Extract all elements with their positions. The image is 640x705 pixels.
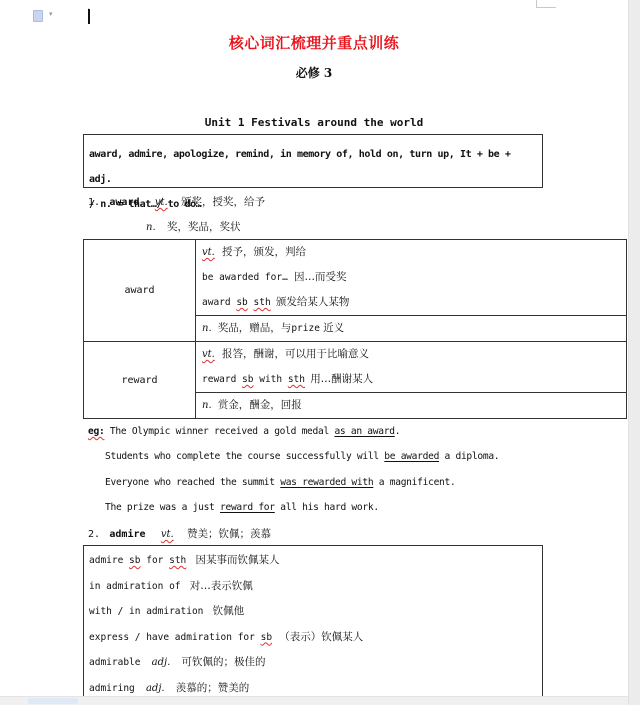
margin-corner-top-right <box>536 0 556 8</box>
table-cell: n. 奖品，赠品，与prize 近义 <box>196 316 627 342</box>
table-head-award: award <box>84 240 196 342</box>
phrase: reward <box>202 374 242 385</box>
meaning: 颁发给某人某物 <box>276 296 350 308</box>
text-cursor <box>88 9 90 24</box>
example-sentence: Everyone who reached the summit was rewa… <box>105 477 455 488</box>
phrase: in admiration of <box>89 581 181 592</box>
table-line: n. 赏金，酬金，回报 <box>202 393 620 418</box>
phrase: sb <box>236 297 247 308</box>
phrase-line: admirable adj. 可钦佩的；极佳的 <box>89 650 537 676</box>
phrase: with <box>254 374 288 385</box>
example-label: eg: <box>88 426 104 437</box>
part-of-speech: vt. <box>202 247 215 258</box>
phrase: sb <box>242 374 253 385</box>
table-line: n. 奖品，赠品，与prize 近义 <box>202 316 620 341</box>
sentence-highlight: was rewarded with <box>280 477 373 488</box>
meaning: 可钦佩的；极佳的 <box>182 656 266 668</box>
phrase: with / in admiration <box>89 606 203 617</box>
phrase-line: with / in admiration 钦佩他 <box>89 599 537 625</box>
phrase: be awarded for… <box>202 272 288 283</box>
table-line: vt. 授予，颁发，判给 <box>202 240 620 265</box>
entry-admire-heading: 2. admire vt. 赞美；钦佩；羡慕 <box>88 526 271 541</box>
phrase-line: in admiration of 对…表示钦佩 <box>89 574 537 600</box>
meaning: 授予，颁发，判给 <box>222 246 306 258</box>
phrase: admire <box>89 555 129 566</box>
example-sentence: Students who complete the course success… <box>105 451 499 462</box>
vertical-scrollbar[interactable] <box>628 0 640 705</box>
table-line: reward sb with sth 用…酬谢某人 <box>202 367 620 392</box>
table-line: vt. 报答，酬谢，可以用于比喻意义 <box>202 342 620 367</box>
phrase: sth <box>254 297 271 308</box>
part-of-speech: vt. <box>161 529 174 540</box>
award-reward-table: award vt. 授予，颁发，判给 be awarded for… 因…而受奖… <box>83 239 627 419</box>
part-of-speech: n. <box>202 400 212 411</box>
example-sentence: The prize was a just reward for all his … <box>105 502 379 513</box>
phrase: award <box>202 297 236 308</box>
sentence-text: . <box>395 426 400 437</box>
phrase: sb <box>261 632 272 643</box>
meaning: 用…酬谢某人 <box>310 373 373 385</box>
phrase: admirable <box>89 657 140 668</box>
part-of-speech: vt. <box>155 197 168 208</box>
phrase: for <box>141 555 170 566</box>
sentence-text: The Olympic winner received a gold medal <box>110 426 335 437</box>
phrase-line: express / have admiration for sb （表示）钦佩某… <box>89 625 537 651</box>
entry-award-noun: n. 奖，奖品，奖状 <box>146 219 240 234</box>
table-cell: n. 赏金，酬金，回报 <box>196 393 627 419</box>
entry-number: 2. <box>88 529 100 540</box>
table-line: award sb sth 颁发给某人某物 <box>202 290 620 315</box>
entry-meaning: 奖，奖品，奖状 <box>167 221 241 233</box>
sentence-text: Everyone who reached the summit <box>105 477 280 488</box>
sentence-highlight: as an award <box>334 426 394 437</box>
table-cell: vt. 报答，酬谢，可以用于比喻意义 reward sb with sth 用…… <box>196 342 627 393</box>
admire-phrases-box: admire sb for sth 因某事而钦佩某人 in admiration… <box>83 545 543 705</box>
phrase: express / have admiration for <box>89 632 261 643</box>
table-line: be awarded for… 因…而受奖 <box>202 265 620 290</box>
entry-word: admire <box>109 529 145 540</box>
meaning: 因…而受奖 <box>294 271 347 283</box>
unit-title: Unit 1 Festivals around the world <box>0 116 628 129</box>
phrase-line: admire sb for sth 因某事而钦佩某人 <box>89 548 537 574</box>
horizontal-scrollbar[interactable] <box>0 696 628 705</box>
meaning: 奖品，赠品，与 <box>218 322 292 334</box>
chevron-down-icon[interactable]: ▾ <box>49 10 53 18</box>
sentence-text: a magnificent. <box>373 477 455 488</box>
sentence-text: all his hard work. <box>275 502 379 513</box>
entry-award-heading: 1. award vt. 颁奖，授奖，给予 <box>88 194 265 209</box>
table-head-reward: reward <box>84 342 196 419</box>
sentence-text: The prize was a just <box>105 502 220 513</box>
part-of-speech: vt. <box>202 349 215 360</box>
table-cell: vt. 授予，颁发，判给 be awarded for… 因…而受奖 award… <box>196 240 627 316</box>
margin-corner-top-left <box>57 8 89 22</box>
phrase: prize <box>291 323 320 334</box>
keywords-box: award, admire, apologize, remind, in mem… <box>83 134 543 188</box>
keywords-line-1: award, admire, apologize, remind, in mem… <box>89 142 537 192</box>
phrase: sb <box>129 555 140 566</box>
meaning: 赏金，酬金，回报 <box>218 399 302 411</box>
part-of-speech: adj. <box>152 657 171 668</box>
sentence-highlight: be awarded <box>384 451 439 462</box>
meaning: （表示）钦佩某人 <box>279 631 363 643</box>
part-of-speech: n. <box>146 222 156 233</box>
sentence-text: a diploma. <box>439 451 499 462</box>
document-icon[interactable] <box>33 10 43 22</box>
entry-word: award <box>109 197 139 208</box>
phrase: sth <box>169 555 186 566</box>
example-sentence: eg: The Olympic winner received a gold m… <box>88 426 400 437</box>
sentence-text: Students who complete the course success… <box>105 451 384 462</box>
meaning: 钦佩他 <box>213 605 245 617</box>
part-of-speech: n. <box>202 323 212 334</box>
sentence-highlight: reward for <box>220 502 275 513</box>
document-subtitle: 必修 3 <box>0 64 628 81</box>
entry-meaning: 赞美；钦佩；羡慕 <box>187 528 271 540</box>
meaning: 因某事而钦佩某人 <box>195 554 279 566</box>
document-page[interactable]: ▾ 核心词汇梳理并重点训练 必修 3 Unit 1 Festivals arou… <box>0 0 628 696</box>
document-title: 核心词汇梳理并重点训练 <box>0 32 628 53</box>
entry-meaning: 颁奖，授奖，给予 <box>181 196 265 208</box>
phrase: admiring <box>89 683 135 694</box>
meaning: 近义 <box>323 322 344 334</box>
entry-number: 1. <box>88 197 100 208</box>
meaning: 报答，酬谢，可以用于比喻意义 <box>222 348 369 360</box>
meaning: 对…表示钦佩 <box>190 580 253 592</box>
meaning: 羡慕的；赞美的 <box>176 682 250 694</box>
phrase: sth <box>288 374 305 385</box>
part-of-speech: adj. <box>146 683 165 694</box>
horizontal-scrollbar-thumb[interactable] <box>28 698 78 704</box>
